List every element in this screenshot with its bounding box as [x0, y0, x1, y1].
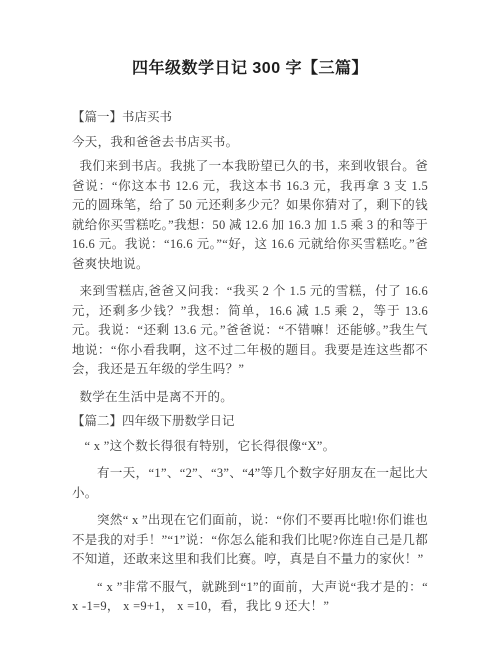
- section-2-paragraph-1: “ x ”这个数长得很有特别，它长得很像“X”。: [72, 437, 428, 457]
- section-essay-1: 【篇一】书店买书 今天，我和爸爸去书店买书。 我们来到书店。我挑了一本我盼望已久…: [72, 108, 428, 407]
- section-essay-2: 【篇二】四年级下册数学日记 “ x ”这个数长得很有特别，它长得很像“X”。 有…: [72, 412, 428, 617]
- section-1-paragraph-4: 数学在生活中是离不开的。: [72, 388, 428, 408]
- section-2-paragraph-2: 有一天，“1”、“2”、“3”、“4”等几个数字好朋友在一起比大小。: [72, 464, 428, 503]
- section-1-paragraph-2: 我们来到书店。我挑了一本我盼望已久的书，来到收银台。爸爸说：“你这本书 12.6…: [72, 157, 428, 274]
- section-2-paragraph-3: 突然“ x ”出现在它们面前，说：“你们不要再比啦!你们谁也不是我的对手！”“1…: [72, 511, 428, 570]
- document-page: 四年级数学日记 300 字【三篇】 【篇一】书店买书 今天，我和爸爸去书店买书。…: [0, 0, 500, 647]
- document-title: 四年级数学日记 300 字【三篇】: [72, 58, 428, 80]
- section-1-paragraph-3: 来到雪糕店,爸爸又问我：“我买 2 个 1.5 元的雪糕，付了 16.6 元，还…: [72, 282, 428, 380]
- section-1-heading: 【篇一】书店买书: [72, 108, 428, 128]
- section-2-paragraph-4: “ x ”非常不服气，就跳到“1”的面前，大声说“我才是的：“ x -1=9， …: [72, 578, 428, 617]
- section-2-heading: 【篇二】四年级下册数学日记: [72, 412, 428, 432]
- section-1-paragraph-1: 今天，我和爸爸去书店买书。: [72, 133, 428, 153]
